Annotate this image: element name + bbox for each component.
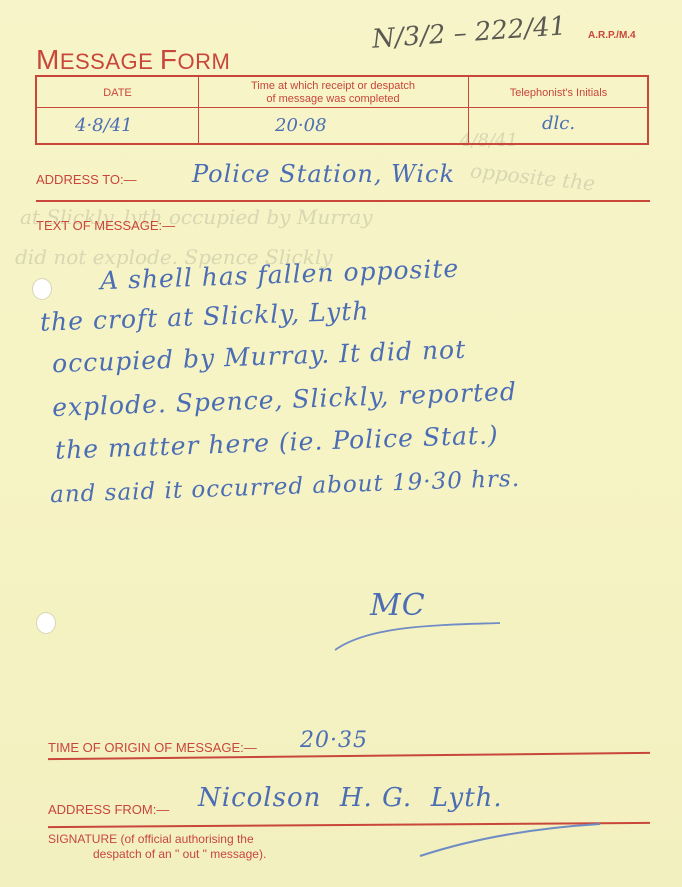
telephonist-header: Telephonist's Initials: [468, 87, 649, 100]
time-header: Time at which receipt or despatch of mes…: [198, 80, 468, 106]
table-header-divider: [37, 107, 647, 108]
address-to-label: ADDRESS TO:—: [36, 172, 137, 187]
form-code: A.R.P./M.4: [588, 30, 636, 41]
text-of-message-label: TEXT OF MESSAGE:—: [36, 218, 175, 233]
signature-stroke: [415, 820, 605, 860]
date-header: DATE: [37, 87, 198, 100]
telephonist-initials-value: dlc.: [542, 113, 575, 134]
message-line-6: and said it occurred about 19·30 hrs.: [50, 466, 521, 508]
address-to-rule: [36, 200, 650, 202]
form-title: MESSAGE FORM: [36, 44, 230, 76]
time-completed-value: 20·08: [275, 115, 327, 136]
punch-hole: [36, 612, 56, 634]
address-to-value: Police Station, Wick: [192, 160, 455, 188]
message-form-page: 4/8/41 opposite the at Slickly, lyth occ…: [0, 0, 682, 887]
reference-number: N/3/2 – 222/41: [371, 11, 567, 54]
date-value: 4·8/41: [75, 115, 133, 136]
address-from-label: ADDRESS FROM:—: [48, 802, 169, 817]
message-line-3: occupied by Murray. It did not: [52, 335, 467, 378]
message-line-5: the matter here (ie. Police Stat.): [55, 420, 499, 464]
punch-hole: [32, 278, 52, 300]
time-of-origin-value: 20·35: [300, 728, 368, 753]
header-table: DATE Time at which receipt or despatch o…: [35, 75, 649, 145]
message-line-2: the croft at Slickly, Lyth: [40, 296, 370, 336]
signature-flourish: [330, 615, 510, 655]
show-through-text: opposite the: [469, 159, 596, 196]
address-from-value: Nicolson H. G. Lyth.: [198, 783, 503, 813]
time-of-origin-label: TIME OF ORIGIN OF MESSAGE:—: [48, 740, 257, 755]
message-line-4: explode. Spence, Slickly, reported: [52, 377, 518, 422]
signature-label: SIGNATURE (of official authorising the d…: [48, 832, 266, 862]
